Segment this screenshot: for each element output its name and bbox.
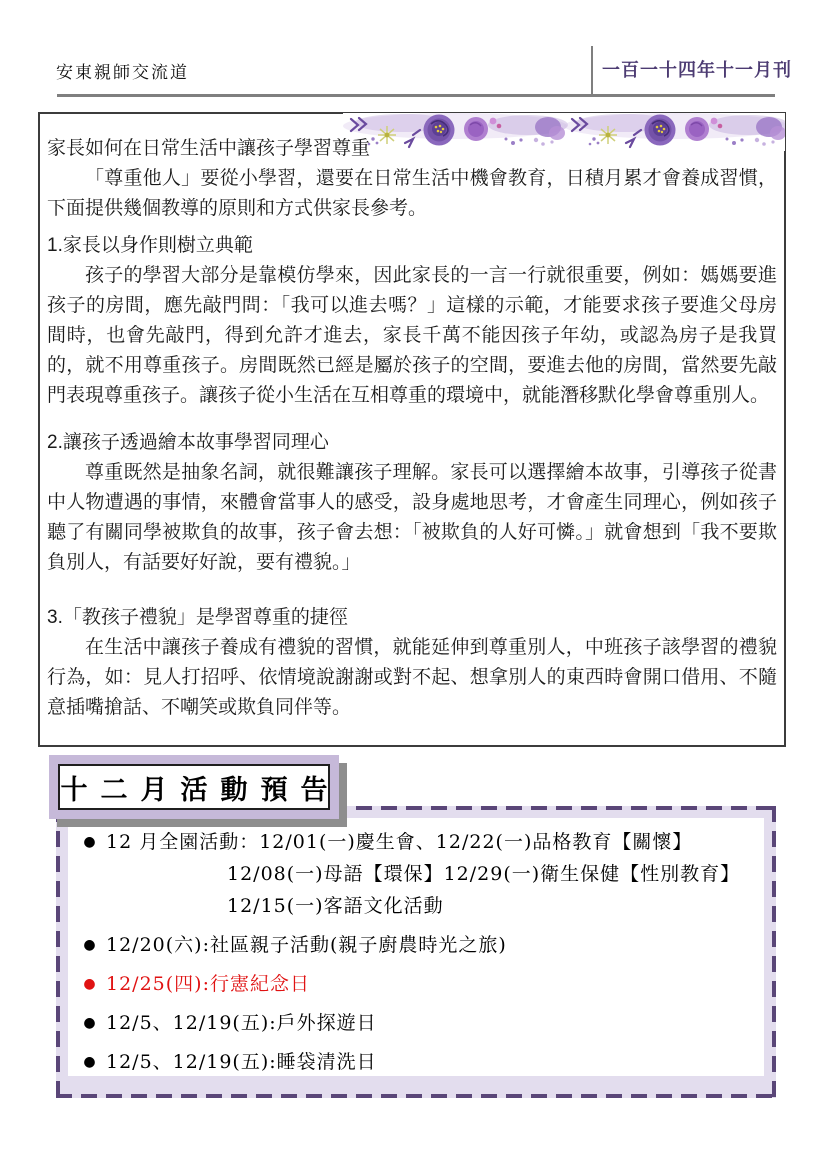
event-text: 12/25(四):行憲紀念日 xyxy=(106,968,760,1000)
article-intro: 「尊重他人」要從小學習，還要在日常生活中機會教育，日積月累才會養成習慣，下面提供… xyxy=(47,164,777,224)
list-item: ● 12 月全園活動：12/01(一)慶生會、12/22(一)品格教育【關懷】 … xyxy=(74,826,760,922)
newsletter-page: 安東親師交流道 一百一十四年十一月刊 xyxy=(0,0,827,1170)
bullet-icon: ● xyxy=(74,1007,106,1039)
event-subline: 12/15(一)客語文化活動 xyxy=(106,890,760,922)
bullet-icon: ● xyxy=(74,968,106,1000)
article-body: 家長如何在日常生活中讓孩子學習尊重 「尊重他人」要從小學習，還要在日常生活中機會… xyxy=(47,134,777,723)
announcement-title-plate: 十二月活動預告 xyxy=(49,755,339,819)
event-text: 12/5、12/19(五):睡袋清洗日 xyxy=(106,1046,760,1078)
announcement-box: ● 12 月全園活動：12/01(一)慶生會、12/22(一)品格教育【關懷】 … xyxy=(56,806,776,1098)
section-2-heading: 2.讓孩子透過繪本故事學習同理心 xyxy=(47,428,777,458)
section-2-body: 尊重既然是抽象名詞，就很難讓孩子理解。家長可以選擇繪本故事，引導孩子從書中人物遭… xyxy=(47,458,777,578)
bullet-icon: ● xyxy=(74,929,106,961)
event-list: ● 12 月全園活動：12/01(一)慶生會、12/22(一)品格教育【關懷】 … xyxy=(74,826,760,1078)
bullet-icon: ● xyxy=(74,826,106,922)
event-text: 12/5、12/19(五):戶外探遊日 xyxy=(106,1007,760,1039)
bullet-icon: ● xyxy=(74,1046,106,1078)
list-item: ● 12/5、12/19(五):戶外探遊日 xyxy=(74,1007,760,1039)
issue-label: 一百一十四年十一月刊 xyxy=(602,56,792,82)
dashed-border-right xyxy=(772,806,776,1098)
article-title: 家長如何在日常生活中讓孩子學習尊重 xyxy=(47,134,777,164)
event-text: 12/20(六):社區親子活動(親子廚農時光之旅) xyxy=(106,929,760,961)
section-1-heading: 1.家長以身作則樹立典範 xyxy=(47,231,777,261)
dashed-border-bottom xyxy=(56,1094,776,1098)
article-section-2: 2.讓孩子透過繪本故事學習同理心 尊重既然是抽象名詞，就很難讓孩子理解。家長可以… xyxy=(47,428,777,578)
article-section-1: 1.家長以身作則樹立典範 孩子的學習大部分是靠模仿學來，因此家長的一言一行就很重… xyxy=(47,231,777,411)
list-item: ● 12/20(六):社區親子活動(親子廚農時光之旅) xyxy=(74,929,760,961)
dashed-border-left xyxy=(56,806,60,1098)
list-item: ● 12/25(四):行憲紀念日 xyxy=(74,968,760,1000)
header-divider-line xyxy=(591,46,593,95)
event-text: 12 月全園活動：12/01(一)慶生會、12/22(一)品格教育【關懷】 xyxy=(106,831,692,853)
article-box: 家長如何在日常生活中讓孩子學習尊重 「尊重他人」要從小學習，還要在日常生活中機會… xyxy=(38,112,786,747)
section-3-body: 在生活中讓孩子養成有禮貌的習慣，就能延伸到尊重別人，中班孩子該學習的禮貌行為，如… xyxy=(47,633,777,723)
announcement-title-frame: 十二月活動預告 xyxy=(58,764,330,810)
event-subline: 12/08(一)母語【環保】12/29(一)衛生保健【性別教育】 xyxy=(106,858,760,890)
header-rule xyxy=(57,94,775,97)
announcement-content-area: ● 12 月全園活動：12/01(一)慶生會、12/22(一)品格教育【關懷】 … xyxy=(68,818,764,1076)
article-section-3: 3.「教孩子禮貌」是學習尊重的捷徑 在生活中讓孩子養成有禮貌的習慣，就能延伸到尊… xyxy=(47,603,777,723)
list-item: ● 12/5、12/19(五):睡袋清洗日 xyxy=(74,1046,760,1078)
newsletter-name: 安東親師交流道 xyxy=(56,58,189,83)
announcement-title: 十二月活動預告 xyxy=(48,768,341,807)
section-1-body: 孩子的學習大部分是靠模仿學來，因此家長的一言一行就很重要，例如：媽媽要進孩子的房… xyxy=(47,261,777,411)
section-3-heading: 3.「教孩子禮貌」是學習尊重的捷徑 xyxy=(47,603,777,633)
